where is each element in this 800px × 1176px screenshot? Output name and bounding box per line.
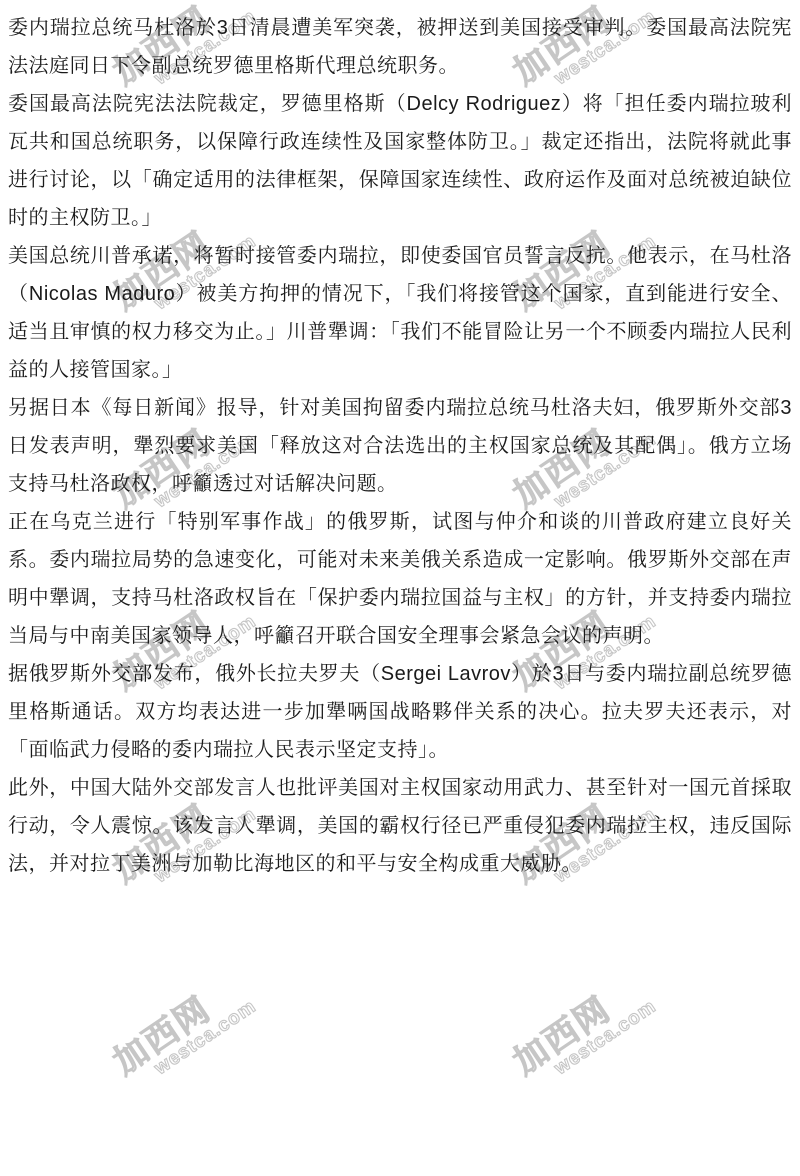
article-paragraph-6: 据俄罗斯外交部发布，俄外长拉夫罗夫（Sergei Lavrov）於3日与委内瑞拉… [8,655,792,769]
article-paragraph-1: 委内瑞拉总统马杜洛於3日清晨遭美军突袭，被押送到美国接受审判。委国最高法院宪法法… [8,9,792,85]
watermark-site-name: 加西网 [508,957,668,1080]
site-watermark: 加西网westca.com [508,957,678,1095]
watermark-site-name: 加西网 [108,957,268,1080]
article-paragraph-5: 正在乌克兰进行「特别军事作战」的俄罗斯，试图与仲介和谈的川普政府建立良好关系。委… [8,503,792,655]
article-paragraph-3: 美国总统川普承诺，将暂时接管委内瑞拉，即使委国官员誓言反抗。他表示，在马杜洛（N… [8,237,792,389]
news-article-body: 委内瑞拉总统马杜洛於3日清晨遭美军突袭，被押送到美国接受审判。委国最高法院宪法法… [0,0,800,883]
watermark-site-domain: westca.com [151,984,278,1078]
article-paragraph-2: 委国最高法院宪法法院裁定，罗德里格斯（Delcy Rodriguez）将「担任委… [8,85,792,237]
site-watermark: 加西网westca.com [108,957,278,1095]
article-paragraph-7: 此外，中国大陆外交部发言人也批评美国对主权国家动用武力、甚至针对一国元首採取行动… [8,769,792,883]
watermark-site-domain: westca.com [551,984,678,1078]
article-paragraph-4: 另据日本《每日新闻》报导，针对美国拘留委内瑞拉总统马杜洛夫妇，俄罗斯外交部3日发… [8,389,792,503]
